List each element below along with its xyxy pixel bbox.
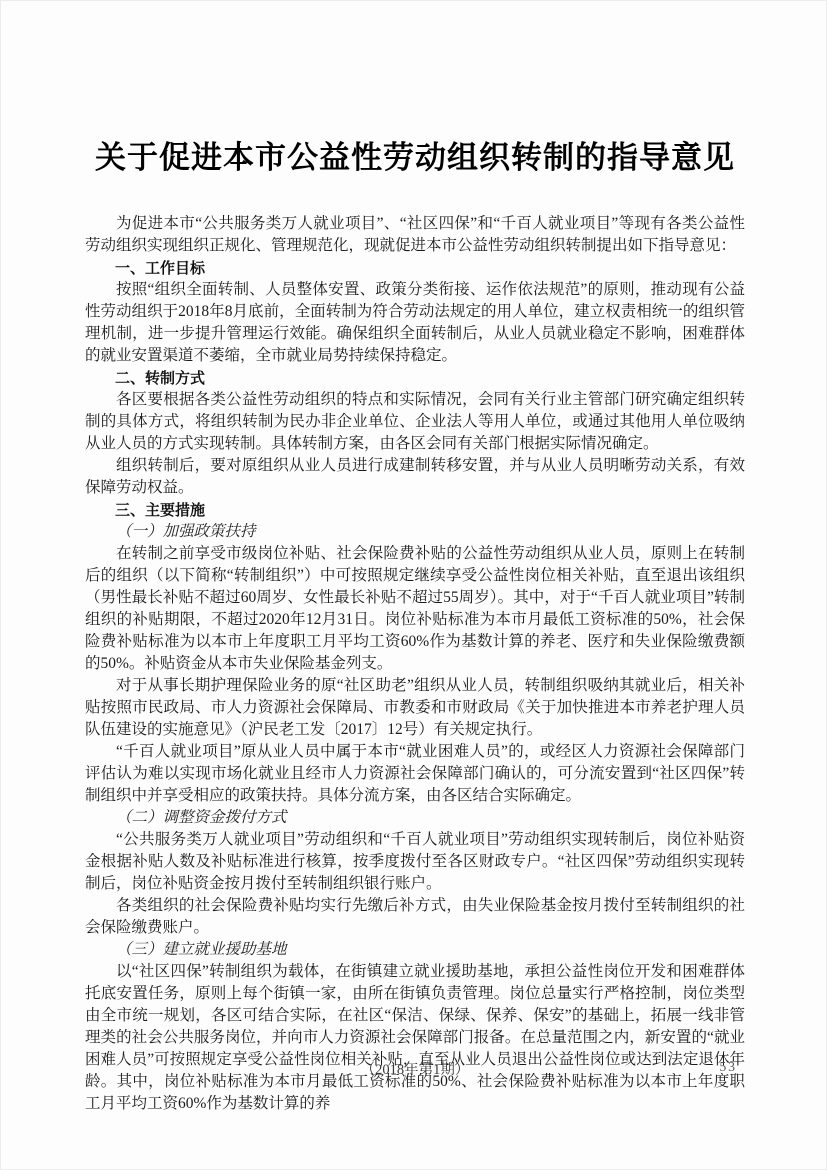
section-heading-goals: 一、工作目标: [85, 257, 745, 279]
paragraph-employment-base: 以“社区四保”转制组织为载体，在街镇建立就业援助基地，承担公益性岗位开发和困难群…: [85, 961, 745, 1115]
section-heading-methods: 二、转制方式: [85, 367, 745, 389]
document-page: 关于促进本市公益性劳动组织转制的指导意见 为促进本市“公共服务类万人就业项目”、…: [0, 0, 827, 1170]
paragraph-methods-2: 组织转制后，要对原组织从业人员进行成建制转移安置，并与从业人员明晰劳动关系，有效…: [85, 455, 745, 499]
subheading-policy-support: （一）加强政策扶持: [85, 521, 745, 543]
page-footer: （2018年第1期） 53: [85, 1058, 745, 1079]
paragraph-subsidy: 在转制之前享受市级岗位补贴、社会保险费补贴的公益性劳动组织从业人员，原则上在转制…: [85, 543, 745, 675]
paragraph-diversion: “千百人就业项目”原从业人员中属于本市“就业困难人员”的，或经区人力资源社会保障…: [85, 741, 745, 807]
document-title: 关于促进本市公益性劳动组织转制的指导意见: [85, 132, 745, 177]
subheading-employment-base: （三）建立就业援助基地: [85, 939, 745, 961]
document-body: 为促进本市“公共服务类万人就业项目”、“社区四保”和“千百人就业项目”等现有各类…: [85, 213, 745, 1115]
subheading-fund-allocation: （二）调整资金拨付方式: [85, 807, 745, 829]
paragraph-elder-care: 对于从事长期护理保险业务的原“社区助老”组织从业人员，转制组织吸纳其就业后，相关…: [85, 675, 745, 741]
paragraph-methods-1: 各区要根据各类公益性劳动组织的特点和实际情况，会同有关行业主管部门研究确定组织转…: [85, 389, 745, 455]
paragraph-fund-quarterly: “公共服务类万人就业项目”劳动组织和“千百人就业项目”劳动组织实现转制后，岗位补…: [85, 829, 745, 895]
paragraph-goals: 按照“组织全面转制、人员整体安置、政策分类衔接、运作依法规范”的原则，推动现有公…: [85, 279, 745, 367]
page-number: 53: [720, 1059, 738, 1075]
intro-paragraph: 为促进本市“公共服务类万人就业项目”、“社区四保”和“千百人就业项目”等现有各类…: [85, 213, 745, 257]
paragraph-fund-insurance: 各类组织的社会保险费补贴均实行先缴后补方式，由失业保险基金按月拨付至转制组织的社…: [85, 895, 745, 939]
section-heading-measures: 三、主要措施: [85, 499, 745, 521]
issue-label: （2018年第1期）: [85, 1058, 745, 1079]
